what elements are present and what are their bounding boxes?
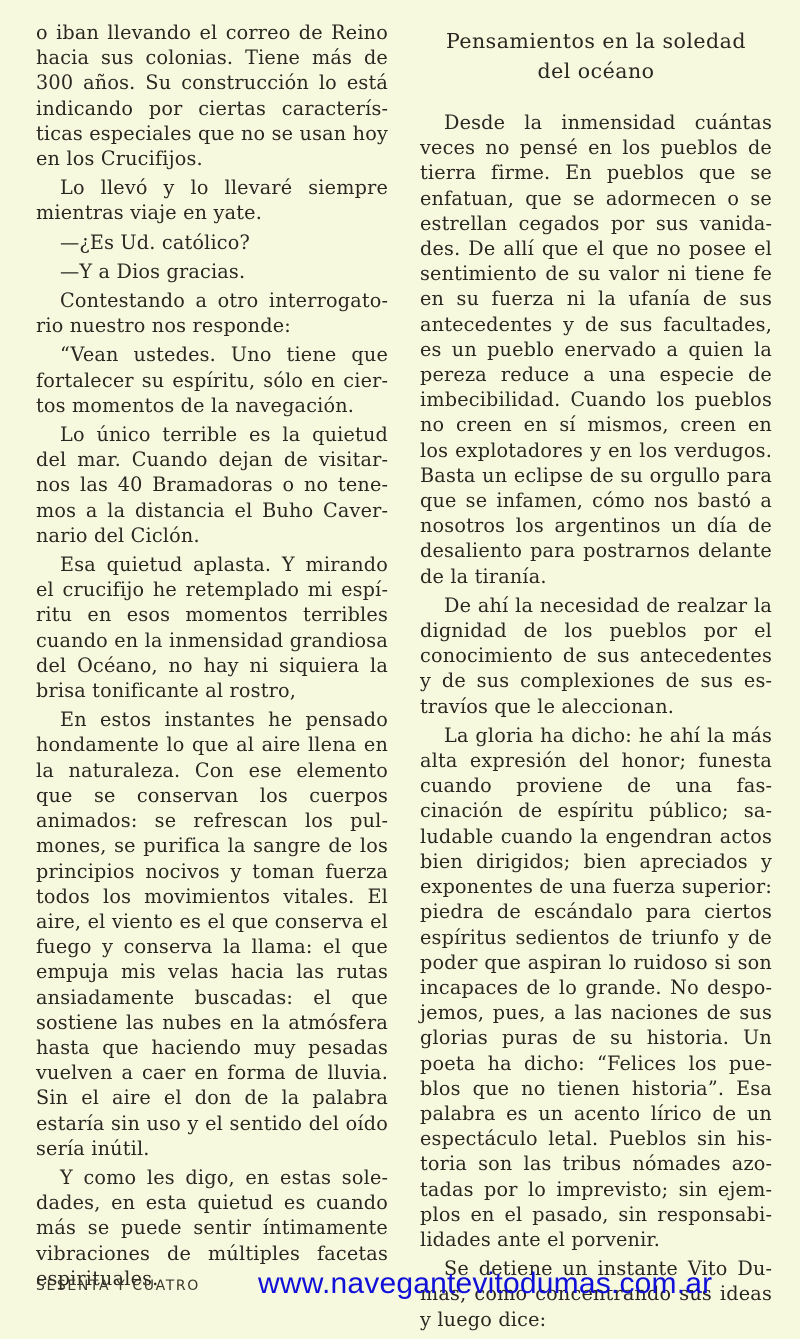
magazine-page: o iban llevando el correo de Reino hacia… <box>0 0 800 1339</box>
page-number-label: SESENTA Y CUATRO <box>36 1278 200 1294</box>
right-text-column: Pensamientos en la soledad del océano De… <box>420 20 772 1336</box>
paragraph: Esa quietud aplasta. Y mirando el crucif… <box>36 552 388 703</box>
dialog-line: —¿Es Ud. católico? <box>36 230 388 255</box>
paragraph: “Vean ustedes. Uno tiene que fortalecer … <box>36 342 388 418</box>
paragraph: o iban llevando el correo de Reino hacia… <box>36 20 388 171</box>
article-title-line-2: del océano <box>420 56 772 86</box>
paragraph: La gloria ha dicho: he ahí la más alta e… <box>420 723 772 1252</box>
paragraph: Contestando a otro interrogato­rio nuest… <box>36 288 388 338</box>
paragraph: De ahí la necesidad de realzar la dignid… <box>420 593 772 719</box>
dialog-line: —Y a Dios gracias. <box>36 259 388 284</box>
paragraph: Lo llevó y lo llevaré siempre mientras v… <box>36 175 388 225</box>
paragraph: Desde la inmensidad cuántas veces no pen… <box>420 110 772 589</box>
paragraph: Lo único terrible es la quietud del mar.… <box>36 422 388 548</box>
article-title: Pensamientos en la soledad del océano <box>420 26 772 86</box>
left-text-column: o iban llevando el correo de Reino hacia… <box>36 20 388 1295</box>
article-title-line-1: Pensamientos en la soledad <box>420 26 772 56</box>
website-watermark: www.navegantevitodumas.com.ar <box>258 1267 712 1301</box>
paragraph: En estos instantes he pensado hondamente… <box>36 707 388 1161</box>
